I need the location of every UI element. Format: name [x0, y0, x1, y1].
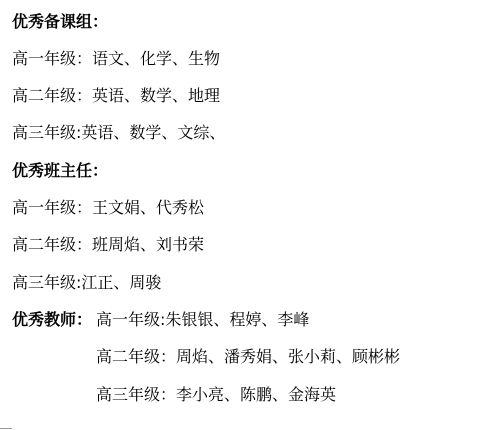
heading-excellent-teachers: 优秀教师： — [12, 310, 92, 330]
teacher-grade-1: 高一年级:朱银银、程婷、李峰 — [96, 310, 309, 330]
lesson-group-grade-1: 高一年级：语文、化学、生物 — [12, 49, 220, 69]
page-edge-mark — [0, 428, 12, 429]
head-teacher-grade-2: 高二年级：班周焰、刘书荣 — [12, 235, 204, 255]
teacher-grade-3: 高三年级：李小亮、陈鹏、金海英 — [96, 385, 336, 405]
teacher-grade-2: 高二年级：周焰、潘秀娟、张小莉、顾彬彬 — [96, 347, 400, 367]
lesson-group-grade-3: 高三年级:英语、数学、文综、 — [12, 123, 225, 143]
document-page: 优秀备课组： 高一年级：语文、化学、生物 高二年级：英语、数学、地理 高三年级:… — [0, 0, 493, 430]
heading-excellent-lesson-groups: 优秀备课组： — [12, 12, 108, 32]
heading-excellent-head-teachers: 优秀班主任： — [12, 161, 108, 181]
lesson-group-grade-2: 高二年级：英语、数学、地理 — [12, 86, 220, 106]
head-teacher-grade-1: 高一年级：王文娟、代秀松 — [12, 198, 204, 218]
head-teacher-grade-3: 高三年级:江正、周骏 — [12, 273, 161, 293]
